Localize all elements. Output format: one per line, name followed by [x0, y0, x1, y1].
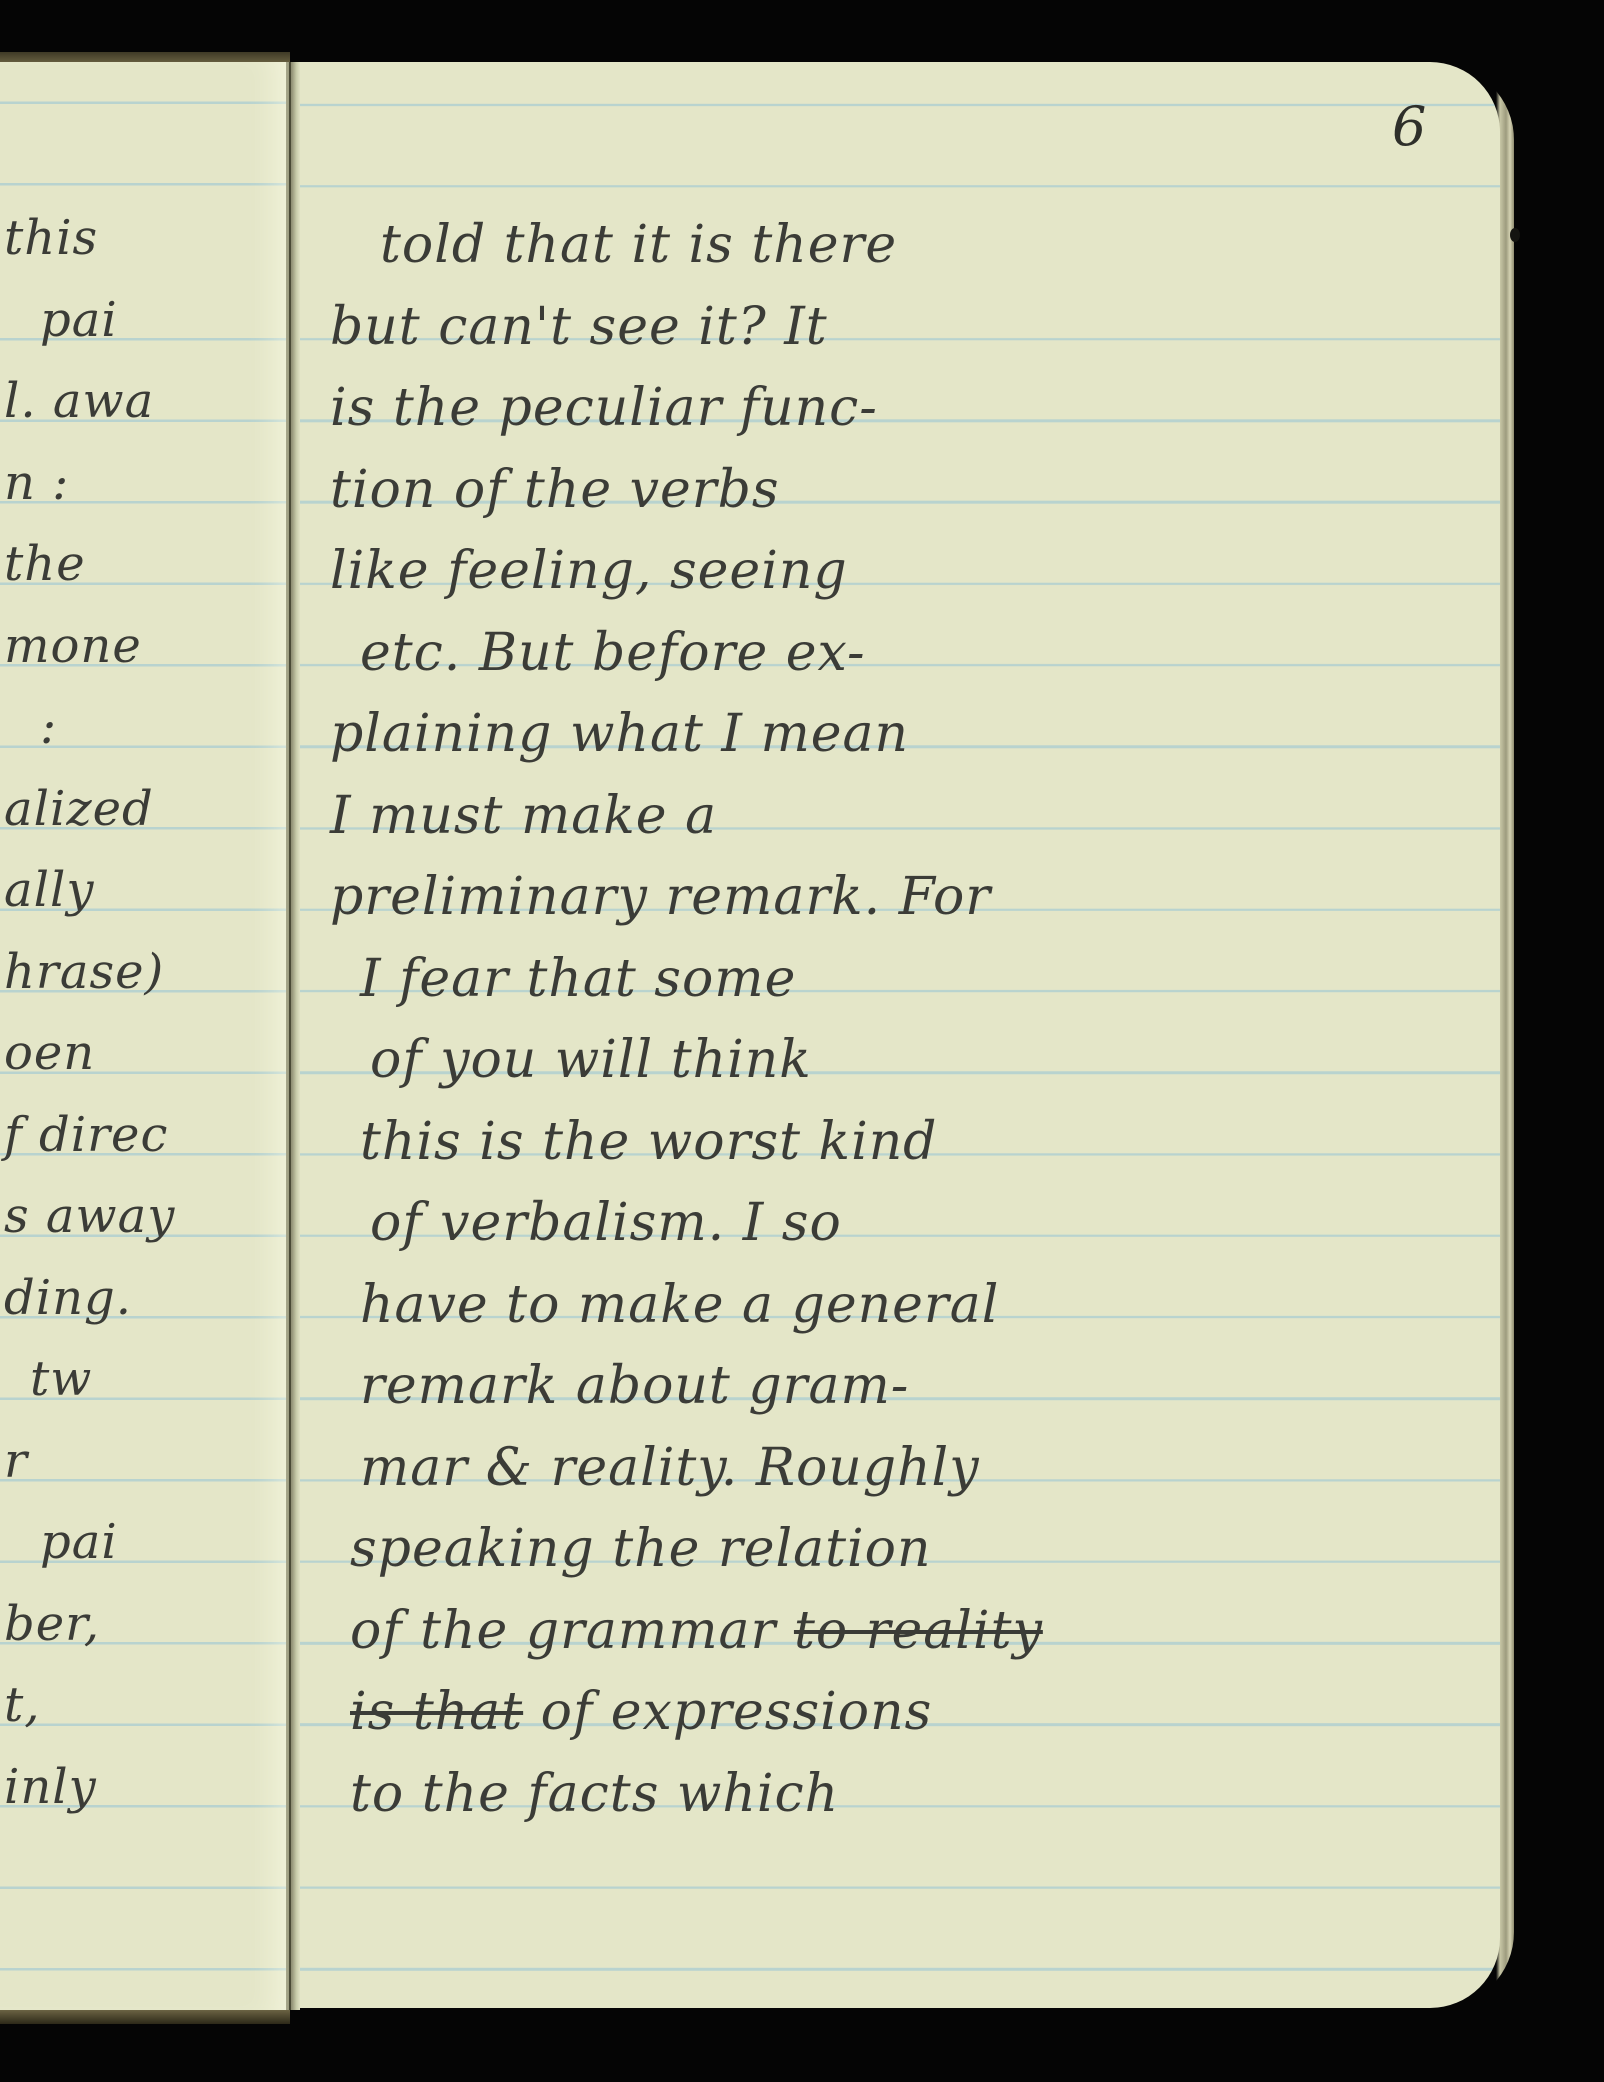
handwritten-line: is the peculiar func-	[330, 368, 1480, 450]
handwritten-line: speaking the relation	[330, 1509, 1480, 1591]
left-line: r	[0, 1421, 280, 1503]
handwritten-line: etc. But before ex-	[330, 613, 1480, 695]
notebook-cover-bottom-edge	[0, 2010, 290, 2024]
line-text: etc. But before ex-	[360, 623, 866, 683]
handwritten-line: this is the worst kind	[330, 1102, 1480, 1184]
line-text: remark about gram-	[360, 1356, 909, 1416]
line-text: is the peculiar func-	[330, 378, 878, 438]
spine-fold-line	[289, 62, 291, 2010]
left-line: the	[0, 524, 280, 606]
handwritten-line: mar & reality. Roughly	[330, 1428, 1480, 1510]
left-line: alized	[0, 769, 280, 851]
page-number: 6	[1392, 95, 1426, 158]
left-line: ally	[0, 850, 280, 932]
handwritten-line: remark about gram-	[330, 1346, 1480, 1428]
struck-text: to reality	[794, 1601, 1043, 1661]
line-text: I must make a	[330, 786, 717, 846]
line-text: to the facts which	[350, 1764, 839, 1824]
handwritten-line: tion of the verbs	[330, 450, 1480, 532]
handwritten-line: I fear that some	[330, 939, 1480, 1021]
left-line: mone	[0, 606, 280, 688]
left-line: pai	[0, 280, 280, 362]
handwritten-line: of verbalism. I so	[330, 1183, 1480, 1265]
line-text: I fear that some	[360, 949, 796, 1009]
line-text: like feeling, seeing	[330, 541, 848, 601]
line-text: preliminary remark. For	[330, 867, 991, 927]
left-line: oen	[0, 1013, 280, 1095]
handwritten-line: have to make a general	[330, 1265, 1480, 1347]
line-text: but can't see it? It	[330, 297, 828, 357]
line-text: mar & reality. Roughly	[360, 1438, 980, 1498]
handwritten-line: but can't see it? It	[330, 287, 1480, 369]
line-text: of you will think	[370, 1030, 812, 1090]
line-text: this is the worst kind	[360, 1112, 937, 1172]
line-text: told that it is there	[380, 215, 897, 275]
left-page-text: this pai l. awa n : the mone : alized al…	[0, 198, 280, 1828]
left-line: n :	[0, 443, 280, 525]
line-text: tion of the verbs	[330, 460, 780, 520]
line-text: of verbalism. I so	[370, 1193, 842, 1253]
left-line: this	[0, 198, 280, 280]
line-text: have to make a general	[360, 1275, 999, 1335]
line-text: of expressions	[541, 1682, 933, 1742]
left-line: t,	[0, 1665, 280, 1747]
handwritten-line: told that it is there	[330, 205, 1480, 287]
handwritten-line: is that of expressions	[330, 1672, 1480, 1754]
handwritten-line: to the facts which	[330, 1754, 1480, 1836]
right-page-text: told that it is there but can't see it? …	[330, 205, 1480, 1835]
left-line: f direc	[0, 1095, 280, 1177]
handwritten-line: plaining what I mean	[330, 694, 1480, 776]
left-line: tw	[0, 1339, 280, 1421]
left-line: ber,	[0, 1584, 280, 1666]
left-line: l. awa	[0, 361, 280, 443]
left-line: ding.	[0, 1258, 280, 1340]
struck-text: is that	[350, 1682, 523, 1742]
line-text: of the grammar	[350, 1601, 776, 1661]
left-line: :	[0, 687, 280, 769]
handwritten-line: of you will think	[330, 1020, 1480, 1102]
left-line: inly	[0, 1747, 280, 1829]
stray-ink-mark	[1510, 228, 1520, 242]
handwritten-line: of the grammar to reality	[330, 1591, 1480, 1673]
handwritten-line: I must make a	[330, 776, 1480, 858]
left-line: s away	[0, 1176, 280, 1258]
handwritten-line: like feeling, seeing	[330, 531, 1480, 613]
line-text: speaking the relation	[350, 1519, 931, 1579]
handwritten-line: preliminary remark. For	[330, 857, 1480, 939]
left-line: hrase)	[0, 932, 280, 1014]
line-text: plaining what I mean	[330, 704, 909, 764]
left-line: pai	[0, 1502, 280, 1584]
